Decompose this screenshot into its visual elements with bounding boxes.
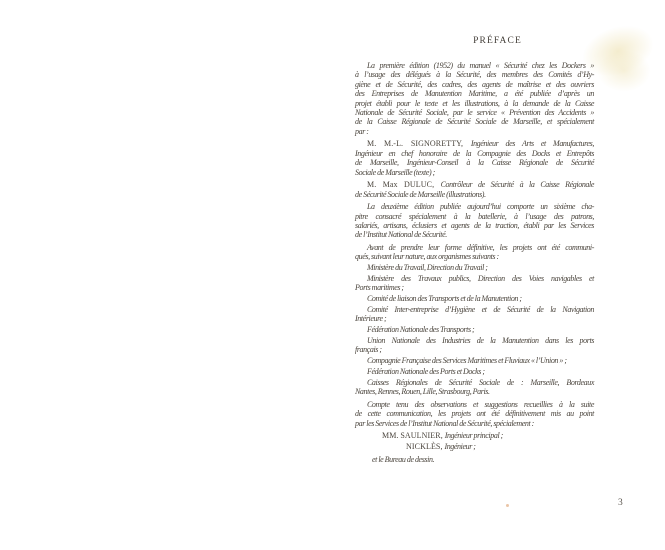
text-segment: La deuxième édition publiée aujourd’hui … — [367, 202, 594, 211]
text-segment: giène et de Sécurité, des cadres, des ag… — [355, 80, 594, 89]
text-segment: Comité de liaison des Transports et de l… — [367, 294, 522, 303]
block-sig-secondary: NICKLÈS, Ingénieur ; — [406, 442, 594, 451]
text-line: NICKLÈS, Ingénieur ; — [406, 442, 594, 451]
block-item: Compagnie Française des Services Maritim… — [355, 356, 594, 365]
name-roman: MM. SAULNIER, — [382, 431, 445, 440]
text-segment: Comité Inter-entreprise d’Hygiène et de … — [367, 305, 594, 314]
text-segment: français ; — [355, 345, 382, 354]
block-para: M. M.-L. SIGNORETTY, Ingénieur des Arts … — [355, 139, 594, 177]
block-para: M. Max DULUC, Contrôleur de Sécurité à l… — [355, 180, 594, 199]
text-line: pitre consacré spécialement à la batelle… — [355, 212, 594, 221]
name-roman: NICKLÈS, — [406, 442, 444, 451]
block-item: Union Nationale des Industries de la Man… — [355, 336, 594, 355]
text-segment: Ports maritimes ; — [355, 283, 404, 292]
text-segment: des Entreprises de Manutention Maritime,… — [355, 89, 594, 98]
text-line: de Marseille, Ingénieur-Conseil à la Cai… — [355, 158, 594, 167]
text-segment: Ingénieur en chef honoraire de la Compag… — [355, 149, 594, 158]
text-segment: Ingénieur ; — [444, 442, 475, 451]
text-line: La première édition (1952) du manuel « S… — [355, 61, 594, 70]
text-segment: par : — [355, 127, 369, 136]
text-segment: Caisses Régionales de Sécurité Sociale d… — [367, 378, 594, 387]
text-segment: Contrôleur de Sécurité à la Caisse Régio… — [441, 180, 594, 189]
text-line: à l’usage des délégués à la Sécurité, de… — [355, 70, 594, 79]
scanned-page: PRÉFACE La première édition (1952) du ma… — [0, 0, 665, 550]
text-line: M. Max DULUC, Contrôleur de Sécurité à l… — [355, 180, 594, 189]
text-line: MM. SAULNIER, Ingénieur principal ; — [382, 431, 594, 440]
text-segment: Ingénieur des Arts et Manufactures, — [471, 139, 594, 148]
block-item: Ministère des Travaux publics, Direction… — [355, 274, 594, 293]
text-segment: de cette communication, les projets ont … — [355, 409, 594, 418]
page-number: 3 — [618, 498, 623, 508]
block-para: Avant de prendre leur forme définitive, … — [355, 243, 594, 262]
block-item: Ministère du Travail, Direction du Trava… — [355, 263, 594, 272]
text-segment: et le Bureau de dessin. — [372, 455, 434, 464]
text-line: Avant de prendre leur forme définitive, … — [355, 243, 594, 252]
scan-stain — [597, 50, 651, 92]
text-line: Comité de liaison des Transports et de l… — [355, 294, 594, 303]
text-segment: Fédération Nationale des Transports ; — [367, 325, 474, 334]
text-line: des Entreprises de Manutention Maritime,… — [355, 89, 594, 98]
text-segment: de la Caisse Régionale de Sécurité Socia… — [355, 117, 594, 126]
scan-speck — [506, 504, 509, 507]
page-title: PRÉFACE — [355, 36, 594, 46]
text-line: Fédération Nationale des Ports et Docks … — [355, 367, 594, 376]
block-item: Comité Inter-entreprise d’Hygiène et de … — [355, 305, 594, 324]
text-line: giène et de Sécurité, des cadres, des ag… — [355, 80, 594, 89]
text-segment: à l’usage des délégués à la Sécurité, de… — [355, 70, 594, 79]
text-segment: Union Nationale des Industries de la Man… — [367, 336, 594, 345]
text-segment: Sociale de Marseille (texte) ; — [355, 168, 435, 177]
name-roman: M. M.-L. SIGNORETTY, — [367, 139, 471, 148]
block-para: Compte tenu des observations et suggesti… — [355, 400, 594, 428]
text-line: Union Nationale des Industries de la Man… — [355, 336, 594, 345]
text-line: par les Services de l’Institut National … — [355, 419, 594, 428]
text-line: La deuxième édition publiée aujourd’hui … — [355, 202, 594, 211]
text-line: Nantes, Rennes, Rouen, Lille, Strasbourg… — [355, 387, 594, 396]
text-segment: qués, suivant leur nature, aux organisme… — [355, 252, 499, 261]
text-line: salariés, artisans, éclusiers et agents … — [355, 221, 594, 230]
text-segment: Compagnie Française des Services Maritim… — [367, 356, 567, 365]
text-line: Intérieure ; — [355, 314, 594, 323]
text-segment: de Marseille, Ingénieur-Conseil à la Cai… — [355, 158, 594, 167]
text-segment: Ministère des Travaux publics, Direction… — [367, 274, 594, 283]
text-line: par : — [355, 127, 594, 136]
text-segment: Avant de prendre leur forme définitive, … — [367, 243, 594, 252]
text-line: de Sécurité Sociale de Marseille (illust… — [355, 190, 594, 199]
text-line: de la Caisse Régionale de Sécurité Socia… — [355, 117, 594, 126]
text-segment: Ingénieur principal ; — [445, 431, 503, 440]
text-segment: Compte tenu des observations et suggesti… — [367, 400, 594, 409]
block-item: Caisses Régionales de Sécurité Sociale d… — [355, 378, 594, 397]
text-column: La première édition (1952) du manuel « S… — [355, 61, 594, 464]
text-line: Ingénieur en chef honoraire de la Compag… — [355, 149, 594, 158]
text-line: Compte tenu des observations et suggesti… — [355, 400, 594, 409]
text-line: de l’Institut National de Sécurité. — [355, 230, 594, 239]
text-segment: de Sécurité Sociale de Marseille (illust… — [355, 190, 486, 199]
text-line: Ministère des Travaux publics, Direction… — [355, 274, 594, 283]
text-segment: Fédération Nationale des Ports et Docks … — [367, 367, 485, 376]
text-line: Nationale de Sécurité Sociale, par le se… — [355, 108, 594, 117]
text-line: de cette communication, les projets ont … — [355, 409, 594, 418]
name-roman: M. Max DULUC, — [367, 180, 441, 189]
text-line: Compagnie Française des Services Maritim… — [355, 356, 594, 365]
text-line: projet établi pour le texte et les illus… — [355, 99, 594, 108]
block-para: La deuxième édition publiée aujourd’hui … — [355, 202, 594, 240]
block-closing: et le Bureau de dessin. — [372, 455, 594, 464]
block-item: Fédération Nationale des Ports et Docks … — [355, 367, 594, 376]
block-para: La première édition (1952) du manuel « S… — [355, 61, 594, 136]
text-line: Comité Inter-entreprise d’Hygiène et de … — [355, 305, 594, 314]
text-segment: Nationale de Sécurité Sociale, par le se… — [355, 108, 594, 117]
text-line: Caisses Régionales de Sécurité Sociale d… — [355, 378, 594, 387]
text-segment: salariés, artisans, éclusiers et agents … — [355, 221, 594, 230]
text-line: et le Bureau de dessin. — [372, 455, 594, 464]
block-sig-primary: MM. SAULNIER, Ingénieur principal ; — [382, 431, 594, 440]
text-segment: Ministère du Travail, Direction du Trava… — [367, 263, 488, 272]
text-segment: par les Services de l’Institut National … — [355, 419, 534, 428]
text-segment: projet établi pour le texte et les illus… — [355, 99, 594, 108]
text-line: Ministère du Travail, Direction du Trava… — [355, 263, 594, 272]
block-item: Fédération Nationale des Transports ; — [355, 325, 594, 334]
text-line: qués, suivant leur nature, aux organisme… — [355, 252, 594, 261]
text-segment: Nantes, Rennes, Rouen, Lille, Strasbourg… — [355, 387, 490, 396]
text-line: français ; — [355, 345, 594, 354]
text-line: Sociale de Marseille (texte) ; — [355, 168, 594, 177]
text-line: Fédération Nationale des Transports ; — [355, 325, 594, 334]
text-segment: La première édition (1952) du manuel « S… — [367, 61, 594, 70]
text-segment: Intérieure ; — [355, 314, 386, 323]
text-line: M. M.-L. SIGNORETTY, Ingénieur des Arts … — [355, 139, 594, 148]
text-line: Ports maritimes ; — [355, 283, 594, 292]
text-segment: de l’Institut National de Sécurité. — [355, 230, 447, 239]
block-item: Comité de liaison des Transports et de l… — [355, 294, 594, 303]
text-segment: pitre consacré spécialement à la batelle… — [355, 212, 594, 221]
